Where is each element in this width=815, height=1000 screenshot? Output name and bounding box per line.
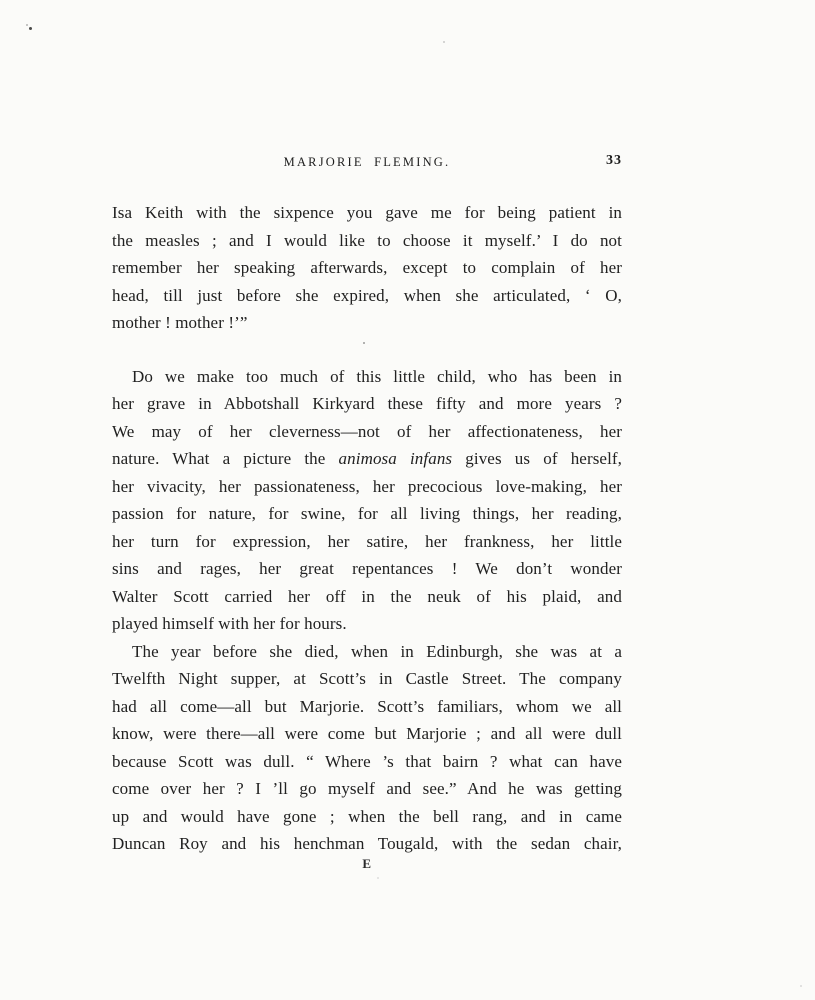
- text-line: played himself with her for hours.: [112, 610, 622, 638]
- text-line: sins and rages, her great repentances ! …: [112, 555, 622, 583]
- page-number: 33: [606, 153, 622, 169]
- text-line: Walter Scott carried her off in the neuk…: [112, 583, 622, 611]
- ink-speck: [29, 27, 32, 30]
- text-line: had all come—all but Marjorie. Scott’s f…: [112, 693, 622, 721]
- text-line: because Scott was dull. “ Where ’s that …: [112, 748, 622, 776]
- text-line: Isa Keith with the sixpence you gave me …: [112, 199, 622, 227]
- text-line: head, till just before she expired, when…: [112, 282, 622, 310]
- text-line: the measles ; and I would like to choose…: [112, 227, 622, 255]
- text-line: Duncan Roy and his henchman Tougald, wit…: [112, 830, 622, 858]
- header-title: MARJORIE FLEMING.: [284, 155, 451, 169]
- text-block: Isa Keith with the sixpence you gave me …: [112, 199, 622, 858]
- text-line: mother ! mother !’”: [112, 309, 622, 337]
- text-line: her vivacity, her passionateness, her pr…: [112, 473, 622, 501]
- text-line: Twelfth Night supper, at Scott’s in Cast…: [112, 665, 622, 693]
- signature-mark: E: [112, 856, 622, 872]
- text-line: We may of her cleverness—not of her affe…: [112, 418, 622, 446]
- paragraph: Isa Keith with the sixpence you gave me …: [112, 199, 622, 337]
- text-line: her grave in Abbotshall Kirkyard these f…: [112, 390, 622, 418]
- ink-speck: [377, 877, 379, 879]
- ink-speck: [363, 342, 365, 344]
- text-line: know, were there—all were come but Marjo…: [112, 720, 622, 748]
- ink-speck: [443, 41, 445, 43]
- text-line: nature. What a picture the animosa infan…: [112, 445, 622, 473]
- text-line: Do we make too much of this little child…: [112, 363, 622, 391]
- paragraph: The year before she died, when in Edinbu…: [112, 638, 622, 858]
- ink-speck: [800, 985, 802, 987]
- running-header: MARJORIE FLEMING. 33: [112, 153, 622, 175]
- text-line: The year before she died, when in Edinbu…: [112, 638, 622, 666]
- text-line: passion for nature, for swine, for all l…: [112, 500, 622, 528]
- paragraph: Do we make too much of this little child…: [112, 363, 622, 638]
- text-line: up and would have gone ; when the bell r…: [112, 803, 622, 831]
- book-page: MARJORIE FLEMING. 33 Isa Keith with the …: [0, 0, 815, 1000]
- text-line: her turn for expression, her satire, her…: [112, 528, 622, 556]
- text-line: remember her speaking afterwards, except…: [112, 254, 622, 282]
- ink-speck: [26, 24, 28, 26]
- text-line: come over her ? I ’ll go myself and see.…: [112, 775, 622, 803]
